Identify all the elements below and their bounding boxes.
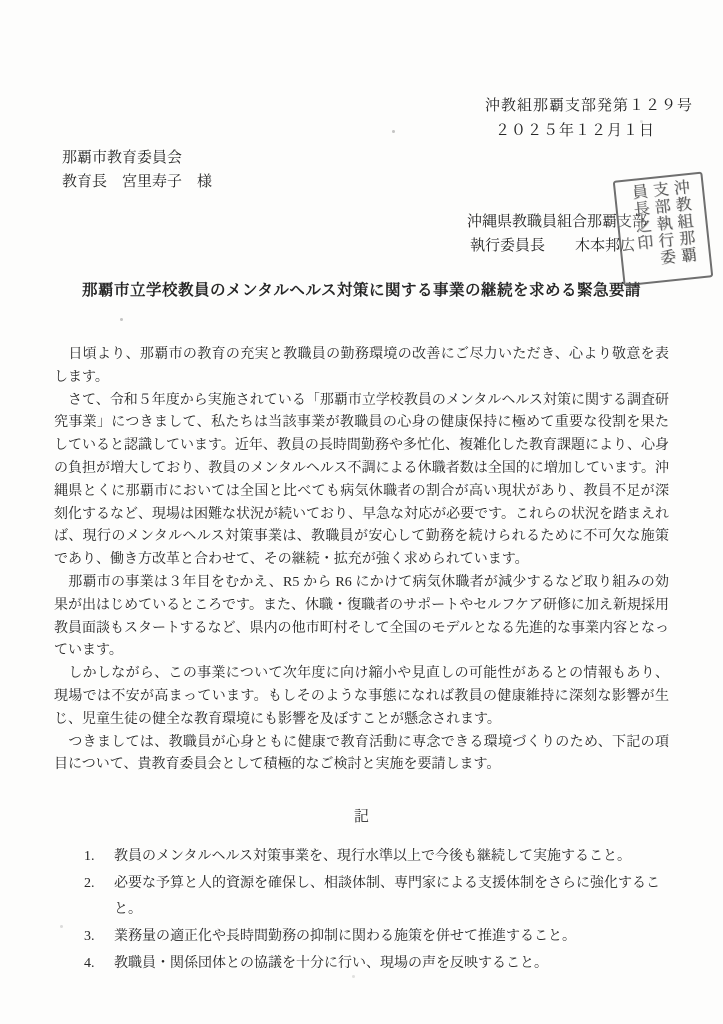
request-text: 業務量の適正化や長時間勤務の抑制に関わる施策を併せて推進すること。: [104, 924, 669, 951]
scan-speck: [640, 120, 643, 123]
seal-column: 長之印: [630, 199, 652, 251]
scan-speck: [392, 130, 395, 133]
request-item: 3. 業務量の適正化や長時間勤務の抑制に関わる施策を併せて推進すること。: [84, 924, 669, 951]
request-number: 3.: [84, 924, 104, 951]
letter-body: 日頃より、那覇市の教育の充実と教職員の勤務環境の改善にご尽力いただき、心より敬意…: [54, 344, 669, 777]
body-paragraph: 那覇市の事業は３年目をむかえ、R5 から R6 にかけて病気休職者が減少するなど…: [54, 572, 669, 663]
recipient-org: 那覇市教育委員会: [62, 146, 723, 170]
body-paragraph: さて、令和５年度から実施されている「那覇市立学校教員のメンタルヘルス対策に関する…: [54, 390, 669, 572]
scan-speck: [352, 975, 355, 978]
request-item: 2. 必要な予算と人的資源を確保し、相談体制、専門家による支援体制をさらに強化す…: [84, 871, 669, 924]
body-paragraph: 日頃より、那覇市の教育の充実と教職員の勤務環境の改善にご尽力いただき、心より敬意…: [54, 344, 669, 390]
body-paragraph: つきましては、教職員が心身ともに健康で教育活動に専念できる環境づくりのため、下記…: [54, 732, 669, 778]
request-number: 2.: [84, 871, 104, 924]
request-list: 1. 教員のメンタルヘルス対策事業を、現行水準以上で今後も継続して実施すること。…: [84, 844, 669, 977]
scanned-letter-page: 沖教組那覇支部発第１２９号 ２０２５年１２月１日 那覇市教育委員会 教育長 宮里…: [0, 0, 723, 1024]
official-seal-text: 沖教組那覇支部執行委員長之印: [627, 178, 700, 280]
letter-title: 那覇市立学校教員のメンタルヘルス対策に関する事業の継続を求める緊急要請: [0, 280, 723, 302]
sender-org: 沖縄県教職員組合那覇支部: [0, 210, 723, 234]
request-number: 4.: [84, 951, 104, 978]
seal-column: 沖教組: [670, 178, 692, 230]
official-seal-stamp: 沖教組那覇支部執行委員長之印: [613, 172, 714, 287]
request-number: 1.: [84, 844, 104, 871]
sender-block: 沖縄県教職員組合那覇支部 執行委員長 木本邦広: [0, 210, 723, 258]
record-heading: 記: [0, 807, 723, 828]
body-paragraph: しかしながら、この事業について次年度に向け縮小や見直しの可能性があるとの情報もあ…: [54, 663, 669, 731]
request-item: 1. 教員のメンタルヘルス対策事業を、現行水準以上で今後も継続して実施すること。: [84, 844, 669, 871]
scan-speck: [60, 925, 63, 928]
sender-signer: 執行委員長 木本邦広: [0, 234, 723, 258]
scan-speck: [120, 318, 123, 321]
request-item: 4. 教職員・関係団体との協議を十分に行い、現場の声を反映すること。: [84, 951, 669, 978]
document-date: ２０２５年１２月１日: [0, 121, 723, 142]
document-number: 沖教組那覇支部発第１２９号: [0, 96, 723, 117]
request-text: 教員のメンタルヘルス対策事業を、現行水準以上で今後も継続して実施すること。: [104, 844, 669, 871]
request-text: 教職員・関係団体との協議を十分に行い、現場の声を反映すること。: [104, 951, 669, 978]
request-text: 必要な予算と人的資源を確保し、相談体制、専門家による支援体制をさらに強化すること…: [104, 871, 669, 924]
